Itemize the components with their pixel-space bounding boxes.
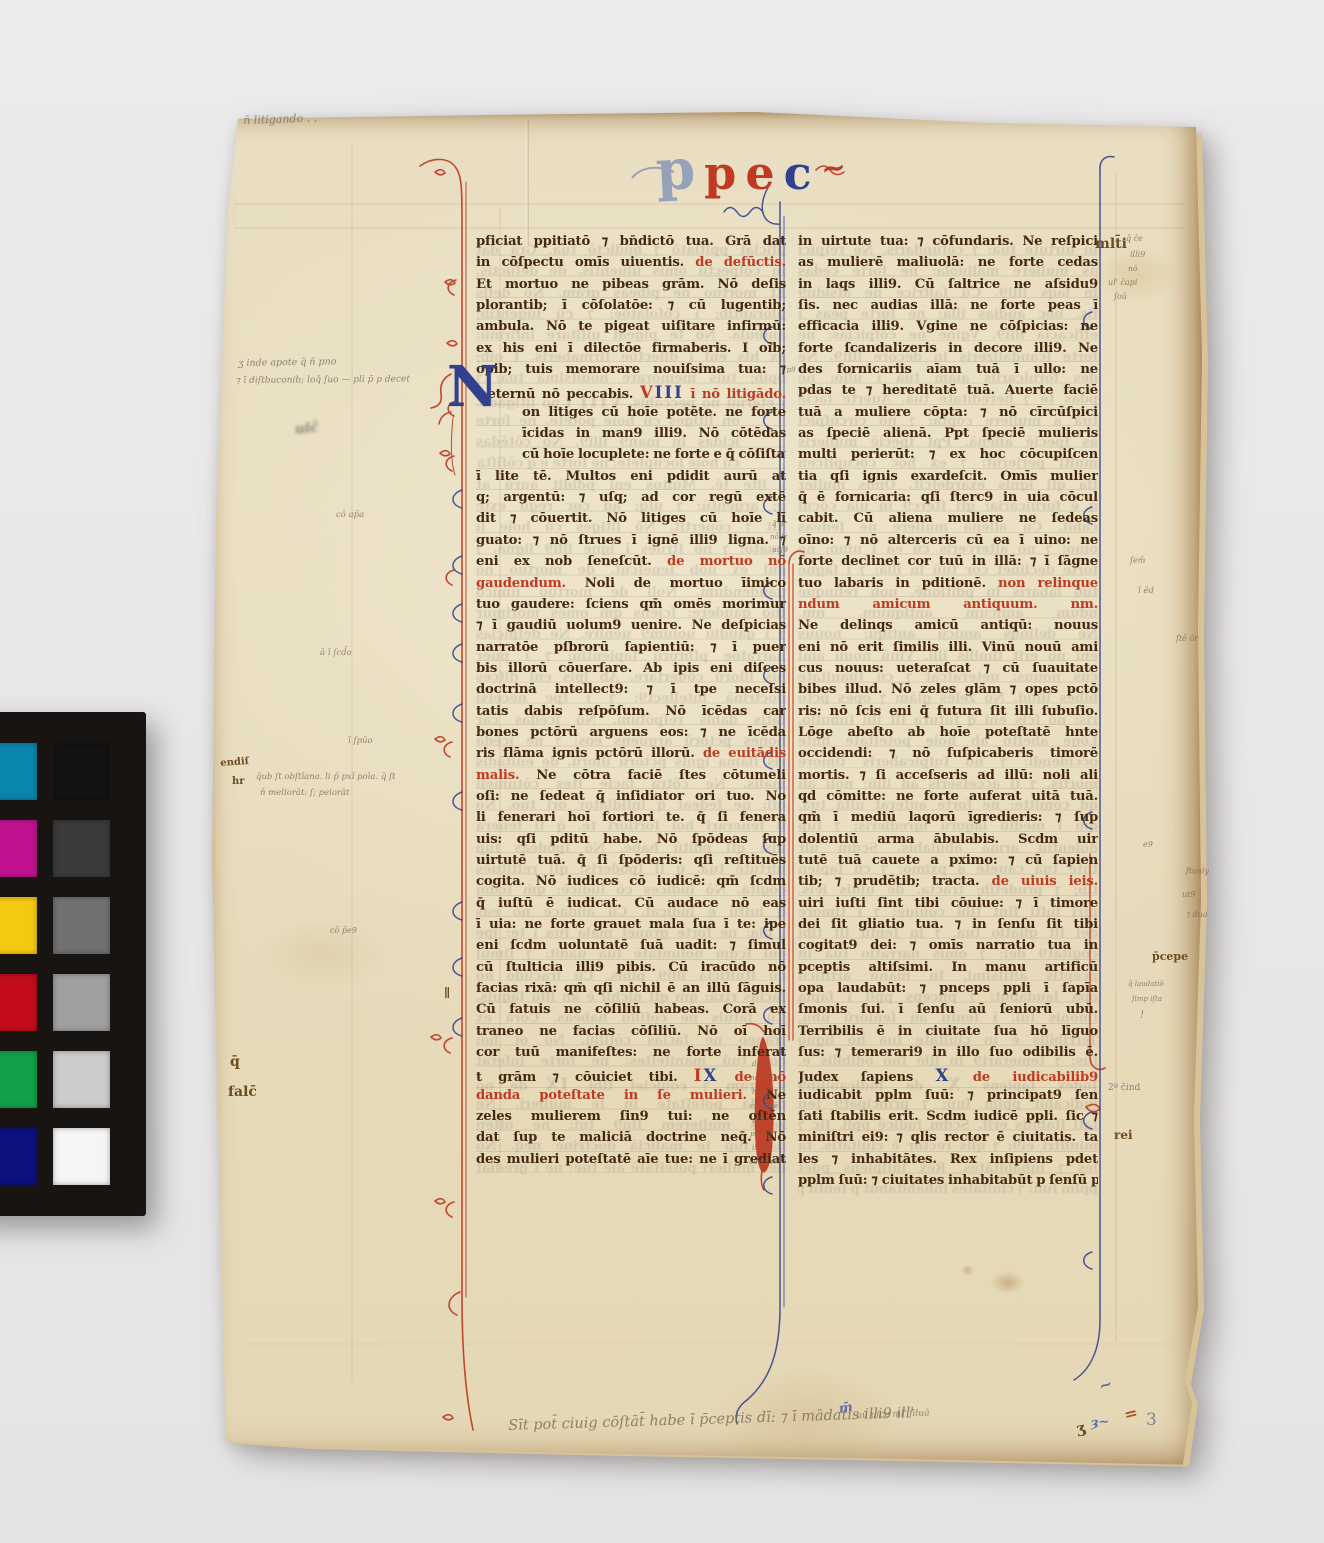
text-segment: ⁊ ī gaudiū uolum9 uenire. Ne deſpicias (476, 618, 786, 633)
text-line: ris: nō ſcis eni q̄ futura ſit illi ſubu… (798, 704, 1098, 725)
text-line: forte ſcandalizeris in decore illi9. Ne (798, 341, 1098, 362)
text-segment: forte declinet cor tuū in illā: ⁊ ī ſāgn… (798, 554, 1098, 569)
color-card-body (0, 712, 146, 1216)
text-segment: tatis dabis reſpōſum. Nō īcēdas car (476, 704, 786, 719)
text-segment: ſmonis ſui. ī ſenſu aū ſeniorū ubū. (798, 1002, 1098, 1017)
text-segment: narratōe pſbrorū ſapientiū: ⁊ ī puer (476, 640, 786, 655)
text-line: tuo gaudere: ſciens qm̄ omēs morimur (476, 597, 786, 618)
text-segment: de mortuo nō (667, 554, 786, 569)
text-segment: mortis. ⁊ ſi acceſseris ad illū: noli al… (798, 768, 1098, 783)
text-line: Ne delinqs amicū antiqū: nouus (798, 618, 1098, 639)
text-line: les ⁊ inhabitātes. Rex inſipiens pdet (798, 1152, 1098, 1173)
running-header: ppec~ (656, 142, 846, 198)
text-segment: qm̄ ī mediū laqorū īgredieris: ⁊ ſup (798, 810, 1098, 825)
text-segment: eni ſcdm uoluntatē ſuā uadit: ⁊ ſimul (476, 938, 786, 953)
text-segment: in uirtute tua: ⁊ cōfundaris. Ne reſpici (798, 234, 1098, 249)
text-segment: oſi: ne ſedeat q̄ inſidiator ori tuo. No (476, 789, 786, 804)
text-segment: X (936, 1066, 951, 1085)
header-letter: p (655, 141, 697, 199)
text-line: doctrinā intellect9: ⁊ ī tpe neceſsi (476, 682, 786, 703)
text-line: occidendi: ⁊ nō ſuſpicaberis timorē (798, 746, 1098, 767)
text-segment: malis. (476, 768, 536, 783)
text-line: q̄ ē fornicaria: qſi ſterc9 in uia cōcul (798, 490, 1098, 511)
text-line: dit ⁊ cōuertit. Nō litiges cū hoīe lī (476, 511, 786, 532)
text-segment: dei ſit gliatio tua. ⁊ in ſenſu ſit tibi (798, 917, 1098, 932)
text-column-left: pficiat ppitiatō ⁊ bn̄dictō tua. Grā dat… (476, 234, 786, 1173)
leaf-parchment: ppec~ pficiat ppitiatō ⁊ bn̄dictō tua. G… (204, 112, 1206, 1470)
text-line: uis: qſi pditū habe. Nō ſpōdeas ſup (476, 832, 786, 853)
text-line: guato: ⁊ nō ſtrues ī ignē illi9 ligna. ⁊ (476, 533, 786, 554)
parchment-crease (526, 120, 529, 246)
text-line: cor tuū manifeſtes: ne forte inferat (476, 1045, 786, 1066)
text-line: mortis. ⁊ ſi acceſseris ad illū: noli al… (798, 768, 1098, 789)
text-line: ſati ſtabilis erit. Scdm iudicē ppli. ſi… (798, 1109, 1098, 1130)
text-line: ris flāma ignis pctōrū illorū. de euitād… (476, 746, 786, 767)
text-line: bones pctōrū arguens eos: ⁊ ne īcēda (476, 725, 786, 746)
text-segment: Et mortuo ne pibeas grām. Nō deſis (476, 277, 786, 292)
text-segment: dit ⁊ cōuertit. Nō litiges cū hoīe lī (476, 511, 786, 526)
text-segment: III (655, 383, 684, 402)
text-segment: ris flāma ignis pctōrū illorū. (476, 746, 703, 761)
text-line: pficiat ppitiatō ⁊ bn̄dictō tua. Grā dat (476, 234, 786, 255)
text-line: miniſtri ei9: ⁊ qlis rector ē ciuitatis.… (798, 1130, 1098, 1151)
text-line: in laqs illi9. Cū ſaltrice ne aſsidu9 (798, 277, 1098, 298)
text-segment: Noli de mortuo īimico (585, 576, 786, 591)
color-patch (0, 743, 37, 800)
text-segment: de nō (718, 1070, 786, 1085)
text-line: eni ſcdm uoluntatē ſuā uadit: ⁊ ſimul (476, 938, 786, 959)
text-segment: iudicabit pplm ſuū: ⁊ principat9 ſen (798, 1088, 1098, 1103)
text-line: pplm ſuū: ⁊ ciuitates inhabitabūt p ſenſ… (798, 1173, 1098, 1194)
text-line: ambula. Nō te pigeat uiſitare infirmū: (476, 319, 786, 340)
text-line: cus nouus: ueteraſcat ⁊ cū ſuauitate (798, 661, 1098, 682)
text-line: ī eternū nō peccabis. VIII ī nō litigādo… (476, 383, 786, 404)
photograph-stage: ppec~ pficiat ppitiatō ⁊ bn̄dictō tua. G… (0, 0, 1324, 1543)
text-segment: oīno: ⁊ nō alterceris cū ea ī uino: ne (798, 533, 1098, 548)
text-line: des mulieri poteſtatē aīe tue: ne ī gred… (476, 1152, 786, 1173)
text-segment: Lōge abeſto ab hoīe poteſtatē hnte (798, 725, 1098, 740)
text-line: multi perierūt: ⁊ ex hoc cōcupiſcen (798, 447, 1098, 468)
header-letter: p (704, 150, 736, 196)
text-segment: forte ſcandalizeris in decore illi9. Ne (798, 341, 1098, 356)
text-line: ex his eni ī dilectōe firmaberis. I oīb; (476, 341, 786, 362)
text-line: īcidas in man9 illi9. Nō cōtēdas (476, 426, 786, 447)
text-line: qm̄ ī mediū laqorū īgredieris: ⁊ ſup (798, 810, 1098, 831)
text-line: dat ſup te maliciā doctrine neq̄. Nō (476, 1130, 786, 1151)
gray-patch (53, 1128, 110, 1185)
text-segment: in laqs illi9. Cū ſaltrice ne aſsidu9 (798, 277, 1098, 292)
text-segment: Cū fatuis ne cōſiliū habeas. Corā ex (476, 1002, 786, 1017)
text-segment: ſus: ⁊ temerari9 in illo ſuo odibilis ē. (798, 1045, 1098, 1060)
text-segment: facias rixā: qm̄ qſi nichil ē an illū ſā… (476, 981, 786, 996)
color-patch (0, 820, 37, 877)
gray-patch (53, 820, 110, 877)
text-line: bis illorū cōuerſare. Ab ipis eni diſces (476, 661, 786, 682)
text-segment: occidendi: ⁊ nō ſuſpicaberis timorē (798, 746, 1098, 761)
text-segment: uirtutē tuā. q̄ ſi ſpōderis: qſi reſtitu… (476, 853, 786, 868)
text-line: ⁊ ī gaudiū uolum9 uenire. Ne deſpicias (476, 618, 786, 639)
text-segment: X (704, 1066, 719, 1085)
text-segment: tuo labaris in pditionē. (798, 576, 998, 591)
text-segment: pceptis altiſsimi. In manu artificū (798, 960, 1098, 975)
text-line: cū hoīe locuplete: ne forte e q̄ cōſiſta… (476, 447, 786, 468)
header-letter: e (745, 150, 774, 196)
text-segment: q; argentū: ⁊ uſq; ad cor regū extē (476, 490, 786, 505)
text-line: in cōſpectu omīs uiuentis. de defūctis. (476, 255, 786, 276)
text-segment: traneo ne facias cōſiliū. Nō oī hoī (476, 1024, 786, 1039)
text-segment: cor tuū manifeſtes: ne forte inferat (476, 1045, 786, 1060)
text-segment: cogitat9 dei: ⁊ omīs narratio tua in (798, 938, 1098, 953)
gray-patch (53, 974, 110, 1031)
text-line: danda poteſtate in ſe mulieri. Ne (476, 1088, 786, 1109)
text-segment: pdas te ⁊ hereditatē tuā. Auerte faciē (798, 383, 1098, 398)
header-letter: c (784, 150, 812, 196)
text-line: eni ex nob ſeneſcūt. de mortuo nō (476, 554, 786, 575)
text-segment: t grām ⁊ cōuiciet tibi. (476, 1070, 694, 1085)
text-segment: de uiuis ieis. (992, 874, 1098, 889)
text-line: on litiges cū hoīe potēte. ne forte (476, 405, 786, 426)
text-segment: ndum amicum antiquum. nm. (798, 597, 1098, 612)
text-segment: Ne delinqs amicū antiqū: nouus (798, 618, 1098, 633)
text-segment: q̄ ē fornicaria: qſi ſterc9 in uia cōcul (798, 490, 1098, 505)
color-patch (0, 1051, 37, 1108)
color-patch (0, 1128, 37, 1185)
text-line: facias rixā: qm̄ qſi nichil ē an illū ſā… (476, 981, 786, 1002)
text-line: efficacia illi9. Vgine ne cōſpicias: ne (798, 319, 1098, 340)
text-segment: as ſpeciē alienā. Ppt ſpeciē mulieris (798, 426, 1098, 441)
text-segment: opib; tuis memorare nouiſsima tua: ⁊ (476, 362, 786, 377)
text-segment: miniſtri ei9: ⁊ qlis rector ē ciuitatis.… (798, 1130, 1098, 1145)
text-line: plorantib; ī cōſolatōe: ⁊ cū lugentib; (476, 298, 786, 319)
text-line: in uirtute tua: ⁊ cōfundaris. Ne reſpici (798, 234, 1098, 255)
text-segment: les ⁊ inhabitātes. Rex inſipiens pdet (798, 1152, 1098, 1167)
text-segment: ī uia: ne forte grauet mala ſua ī te: ip… (476, 917, 786, 932)
text-segment: ī eternū nō peccabis. (476, 387, 640, 402)
text-segment: īcidas in man9 illi9. Nō cōtēdas (522, 426, 786, 441)
text-line: tib; ⁊ prudētib; tracta. de uiuis ieis. (798, 874, 1098, 895)
text-segment: cabit. Cū aliena muliere ne ſedeas (798, 511, 1098, 526)
text-segment: dolentiū arma ābulabis. Scdm uir (798, 832, 1098, 847)
gray-patch-column (53, 743, 110, 1185)
text-line: tutē tuā cauete a pximo: ⁊ cū ſapien (798, 853, 1098, 874)
text-line: Et mortuo ne pibeas grām. Nō deſis (476, 277, 786, 298)
text-line: ſmonis ſui. ī ſenſu aū ſeniorū ubū. (798, 1002, 1098, 1023)
text-line: bibes illud. Nō zeles glām ⁊ opes pctō (798, 682, 1098, 703)
text-line: gaudendum. Noli de mortuo īimico (476, 576, 786, 597)
text-line: cabit. Cū aliena muliere ne ſedeas (798, 511, 1098, 532)
text-line: qd cōmitte: ne forte auferat uitā tuā. (798, 789, 1098, 810)
text-column-right: in uirtute tua: ⁊ cōfundaris. Ne reſpici… (798, 234, 1098, 1194)
color-patch (0, 897, 37, 954)
text-line: tatis dabis reſpōſum. Nō īcēdas car (476, 704, 786, 725)
text-segment: non relinque (998, 576, 1098, 591)
text-line: cogita. Nō iudices cō iudicē: qm̄ ſcdm (476, 874, 786, 895)
text-line: ī lite tē. Multos eni pdidit aurū at (476, 469, 786, 490)
text-segment: de iudicabilib9 (950, 1070, 1098, 1085)
text-segment: bis illorū cōuerſare. Ab ipis eni diſces (476, 661, 786, 676)
text-segment: li fenerari hoī fortiori te. q̄ ſi fener… (476, 810, 786, 825)
text-line: ſus: ⁊ temerari9 in illo ſuo odibilis ē. (798, 1045, 1098, 1066)
text-line: opa laudabūt: ⁊ pnceps ppli ī ſapīa (798, 981, 1098, 1002)
text-segment: eni nō erit ſimilis illi. Vinū nouū ami (798, 640, 1098, 655)
text-segment: ſis. nec audias illā: ne forte peas ī (798, 298, 1098, 313)
text-segment: ſati ſtabilis erit. Scdm iudicē ppli. ſi… (798, 1109, 1098, 1124)
text-segment: tuā a muliere cōpta: ⁊ nō cīrcūſpici (798, 405, 1098, 420)
text-segment: doctrinā intellect9: ⁊ ī tpe neceſsi (476, 682, 786, 697)
text-line: Lōge abeſto ab hoīe poteſtatē hnte (798, 725, 1098, 746)
text-line: dei ſit gliatio tua. ⁊ in ſenſu ſit tibi (798, 917, 1098, 938)
text-line: oīno: ⁊ nō alterceris cū ea ī uino: ne (798, 533, 1098, 554)
text-segment: plorantib; ī cōſolatōe: ⁊ cū lugentib; (476, 298, 786, 313)
text-line: q; argentū: ⁊ uſq; ad cor regū extē (476, 490, 786, 511)
text-segment: bones pctōrū arguens eos: ⁊ ne īcēda (476, 725, 786, 740)
text-line: des fornicariis aīam tuā ī ullo: ne (798, 362, 1098, 383)
text-line: as ſpeciē alienā. Ppt ſpeciē mulieris (798, 426, 1098, 447)
text-line: dolentiū arma ābulabis. Scdm uir (798, 832, 1098, 853)
text-segment: in cōſpectu omīs uiuentis. (476, 255, 695, 270)
color-patch (0, 974, 37, 1031)
text-line: tuā a muliere cōpta: ⁊ nō cīrcūſpici (798, 405, 1098, 426)
text-line: opib; tuis memorare nouiſsima tua: ⁊ (476, 362, 786, 383)
text-line: Cū fatuis ne cōſiliū habeas. Corā ex (476, 1002, 786, 1023)
text-line: traneo ne facias cōſiliū. Nō oī hoī (476, 1024, 786, 1045)
text-segment: Terribilis ē in ciuitate ſua hō līguo (798, 1024, 1098, 1039)
text-line: t grām ⁊ cōuiciet tibi. IX de nō (476, 1066, 786, 1087)
gray-patch (53, 1051, 110, 1108)
text-segment: bibes illud. Nō zeles glām ⁊ opes pctō (798, 682, 1098, 697)
text-segment: q̄ iuſtū ē iudicat. Cū audace nō eas (476, 896, 786, 911)
text-segment: pficiat ppitiatō ⁊ bn̄dictō tua. Grā dat (476, 234, 786, 249)
text-segment: guato: ⁊ nō ſtrues ī ignē illi9 ligna. ⁊ (476, 533, 786, 548)
text-segment: Ne (766, 1088, 786, 1103)
text-segment: eni ex nob ſeneſcūt. (476, 554, 667, 569)
text-line: li fenerari hoī fortiori te. q̄ ſi fener… (476, 810, 786, 831)
text-segment: qd cōmitte: ne forte auferat uitā tuā. (798, 789, 1098, 804)
color-patch-column (0, 743, 37, 1185)
text-segment: efficacia illi9. Vgine ne cōſpicias: ne (798, 319, 1098, 334)
text-line: tia qſi ignis exardeſcit. Omīs mulier (798, 469, 1098, 490)
text-segment: cogita. Nō iudices cō iudicē: qm̄ ſcdm (476, 874, 786, 889)
text-segment: ī nō litigādo. (684, 387, 786, 402)
text-line: ī uia: ne forte grauet mala ſua ī te: ip… (476, 917, 786, 938)
text-segment: tuo gaudere: ſciens qm̄ omēs morimur (476, 597, 786, 612)
text-line: ſis. nec audias illā: ne forte peas ī (798, 298, 1098, 319)
text-segment: des fornicariis aīam tuā ī ullo: ne (798, 362, 1098, 377)
text-segment: Judex ſapiens (798, 1070, 936, 1085)
text-segment: ris: nō ſcis eni q̄ futura ſit illi ſubu… (798, 704, 1098, 719)
text-segment: de euitādis (703, 746, 786, 761)
text-segment: Ne cōtra faciē ſtes cōtumeli (536, 768, 786, 783)
text-segment: des mulieri poteſtatē aīe tue: ne ī gred… (476, 1152, 786, 1167)
text-line: malis. Ne cōtra faciē ſtes cōtumeli (476, 768, 786, 789)
text-segment: cū ſtulticia illi9 pibis. Cū iracūdo nō (476, 960, 786, 975)
decorated-initial-n: N (447, 359, 498, 415)
text-segment: ambula. Nō te pigeat uiſitare infirmū: (476, 319, 786, 334)
text-segment: ī lite tē. Multos eni pdidit aurū at (476, 469, 786, 484)
text-line: cū ſtulticia illi9 pibis. Cū iracūdo nō (476, 960, 786, 981)
color-calibration-card (0, 712, 146, 1216)
text-line: tuo labaris in pditionē. non relinque (798, 576, 1098, 597)
text-segment: cus nouus: ueteraſcat ⁊ cū ſuauitate (798, 661, 1098, 676)
text-segment: dat ſup te maliciā doctrine neq̄. Nō (476, 1130, 786, 1145)
text-segment: pplm ſuū: ⁊ ciuitates inhabitabūt p ſenſ… (798, 1173, 1098, 1188)
text-segment: danda poteſtate in ſe mulieri. (476, 1088, 766, 1103)
text-segment: uiri iuſti ſint tibi cōuiue: ⁊ ī timore (798, 896, 1098, 911)
text-line: uirtutē tuā. q̄ ſi ſpōderis: qſi reſtitu… (476, 853, 786, 874)
text-line: eni nō erit ſimilis illi. Vinū nouū ami (798, 640, 1098, 661)
text-line: as mulierē maliuolā: ne forte cedas (798, 255, 1098, 276)
header-letter: ~ (819, 152, 848, 185)
text-line: Terribilis ē in ciuitate ſua hō līguo (798, 1024, 1098, 1045)
gray-patch (53, 743, 110, 800)
text-segment: tib; ⁊ prudētib; tracta. (798, 874, 992, 889)
text-line: iudicabit pplm ſuū: ⁊ principat9 ſen (798, 1088, 1098, 1109)
text-segment: tutē tuā cauete a pximo: ⁊ cū ſapien (798, 853, 1098, 868)
text-segment: I (694, 1066, 704, 1085)
text-segment: de defūctis. (695, 255, 786, 270)
text-line: pceptis altiſsimi. In manu artificū (798, 960, 1098, 981)
text-line: ndum amicum antiquum. nm. (798, 597, 1098, 618)
text-segment: on litiges cū hoīe potēte. ne forte (522, 405, 786, 420)
text-line: pdas te ⁊ hereditatē tuā. Auerte faciē (798, 383, 1098, 404)
text-line: q̄ iuſtū ē iudicat. Cū audace nō eas (476, 896, 786, 917)
text-segment: multi perierūt: ⁊ ex hoc cōcupiſcen (798, 447, 1098, 462)
text-line: zeles mulierem ſin9 tui: ne oſtēn (476, 1109, 786, 1130)
text-segment: zeles mulierem ſin9 tui: ne oſtēn (476, 1109, 786, 1124)
text-line: uiri iuſti ſint tibi cōuiue: ⁊ ī timore (798, 896, 1098, 917)
text-segment: tia qſi ignis exardeſcit. Omīs mulier (798, 469, 1098, 484)
manuscript-leaf: ppec~ pficiat ppitiatō ⁊ bn̄dictō tua. G… (204, 112, 1206, 1470)
text-line: cogitat9 dei: ⁊ omīs narratio tua in (798, 938, 1098, 959)
text-line: oſi: ne ſedeat q̄ inſidiator ori tuo. No (476, 789, 786, 810)
text-segment: uis: qſi pditū habe. Nō ſpōdeas ſup (476, 832, 786, 847)
text-line: forte declinet cor tuū in illā: ⁊ ī ſāgn… (798, 554, 1098, 575)
text-line: narratōe pſbrorū ſapientiū: ⁊ ī puer (476, 640, 786, 661)
text-line: Judex ſapiens X de iudicabilib9 (798, 1066, 1098, 1087)
text-segment: opa laudabūt: ⁊ pnceps ppli ī ſapīa (798, 981, 1098, 996)
text-segment: as mulierē maliuolā: ne forte cedas (798, 255, 1098, 270)
gray-patch (53, 897, 110, 954)
text-segment: ex his eni ī dilectōe firmaberis. I oīb; (476, 341, 786, 356)
text-segment: cū hoīe locuplete: ne forte e q̄ cōſiſta… (522, 447, 786, 462)
text-segment: gaudendum. (476, 576, 585, 591)
text-segment: V (640, 383, 655, 402)
